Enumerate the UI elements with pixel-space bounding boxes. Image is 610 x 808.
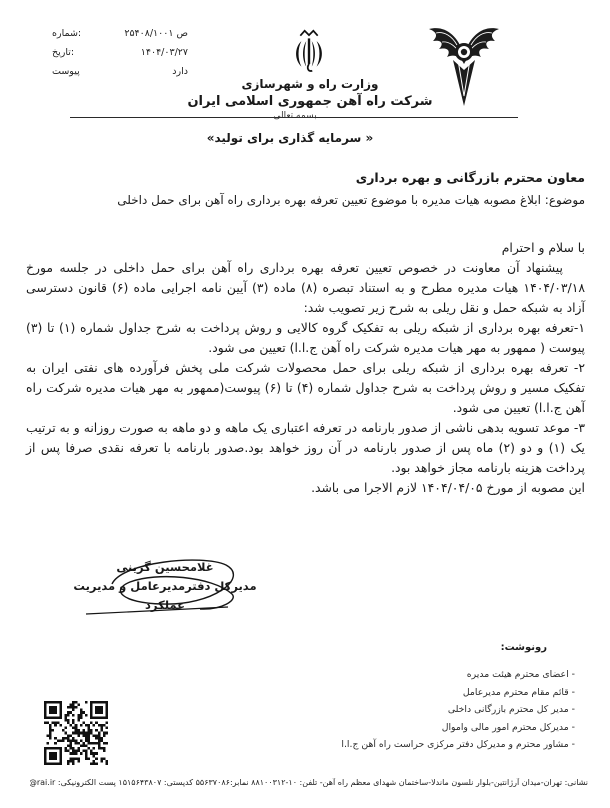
- letter-number-value: ۲۵۴۰۸/۱۰۰۱ ص: [124, 24, 188, 43]
- signatory-title: مدیرکل دفترمدیرعامل و مدیریت عملکرد: [55, 577, 275, 615]
- signature-block: غلامحسین گرینی مدیرکل دفترمدیرعامل و مدی…: [55, 558, 275, 615]
- letter-number-row: شماره: ۲۵۴۰۸/۱۰۰۱ ص: [52, 24, 188, 43]
- company-title: شرکت راه آهن جمهوری اسلامی ایران: [165, 94, 455, 109]
- cc-list: - اعضای محترم هیئت مدیره - قائم مقام محت…: [341, 666, 575, 754]
- body-item-1: ۱-تعرفه بهره برداری از شبکه ریلی به تفکی…: [26, 318, 585, 358]
- footer-address: نشانی: تهران-میدان آرژانتین-بلوار نلسون …: [30, 778, 588, 787]
- cc-item: - مشاور محترم و مدیرکل دفتر مرکزی حراست …: [341, 736, 575, 754]
- letter-date-label: تاریخ:: [52, 43, 74, 62]
- letter-date-value: ۱۴۰۴/۰۳/۲۷: [141, 43, 188, 62]
- letter-number-label: شماره:: [52, 24, 81, 43]
- cc-item: - قائم مقام محترم مدیرعامل: [341, 684, 575, 702]
- cc-item: - مدیر کل محترم بازرگانی داخلی: [341, 701, 575, 719]
- body-intro: پیشنهاد آن معاونت در خصوص تعیین تعرفه به…: [26, 258, 585, 318]
- rai-winged-emblem-icon: [424, 18, 504, 110]
- letter-body: با سلام و احترام پیشنهاد آن معاونت در خص…: [26, 238, 585, 498]
- cc-item: - اعضای محترم هیئت مدیره: [341, 666, 575, 684]
- bismillah-text: بسمه تعالی: [245, 111, 345, 121]
- salutation: با سلام و احترام: [26, 238, 585, 258]
- letter-attachment-value: دارد: [172, 62, 188, 81]
- letter-attachment-label: پیوست: [52, 62, 80, 81]
- letter-attachment-row: پیوست دارد: [52, 62, 188, 81]
- recipient-line: معاون محترم بازرگانی و بهره برداری: [356, 170, 585, 185]
- qr-code: [44, 700, 108, 766]
- letter-date-row: تاریخ: ۱۴۰۴/۰۳/۲۷: [52, 43, 188, 62]
- cc-label: رونوشت:: [501, 642, 547, 653]
- letter-page: شماره: ۲۵۴۰۸/۱۰۰۱ ص تاریخ: ۱۴۰۴/۰۳/۲۷ پی…: [0, 0, 610, 808]
- iran-allah-emblem-icon: [287, 27, 331, 77]
- body-effective-date: این مصوبه از مورخ ۱۴۰۴/۰۴/۰۵ لازم الاجرا…: [26, 478, 585, 498]
- ministry-title: وزارت راه و شهرسازی: [215, 77, 405, 91]
- subject-line: موضوع: ابلاغ مصوبه هیات مدیره با موضوع ت…: [117, 193, 585, 207]
- body-item-2: ۲- تعرفه بهره برداری از شبکه ریلی برای ح…: [26, 358, 585, 418]
- signatory-name: غلامحسین گرینی: [55, 558, 275, 577]
- slogan-text: « سرمایه گذاری برای تولید»: [190, 131, 390, 145]
- cc-item: - مدیرکل محترم امور مالی واموال: [341, 719, 575, 737]
- letter-meta-block: شماره: ۲۵۴۰۸/۱۰۰۱ ص تاریخ: ۱۴۰۴/۰۳/۲۷ پی…: [52, 24, 188, 81]
- body-item-3: ۳- موعد تسویه بدهی ناشی از صدور بارنامه …: [26, 418, 585, 478]
